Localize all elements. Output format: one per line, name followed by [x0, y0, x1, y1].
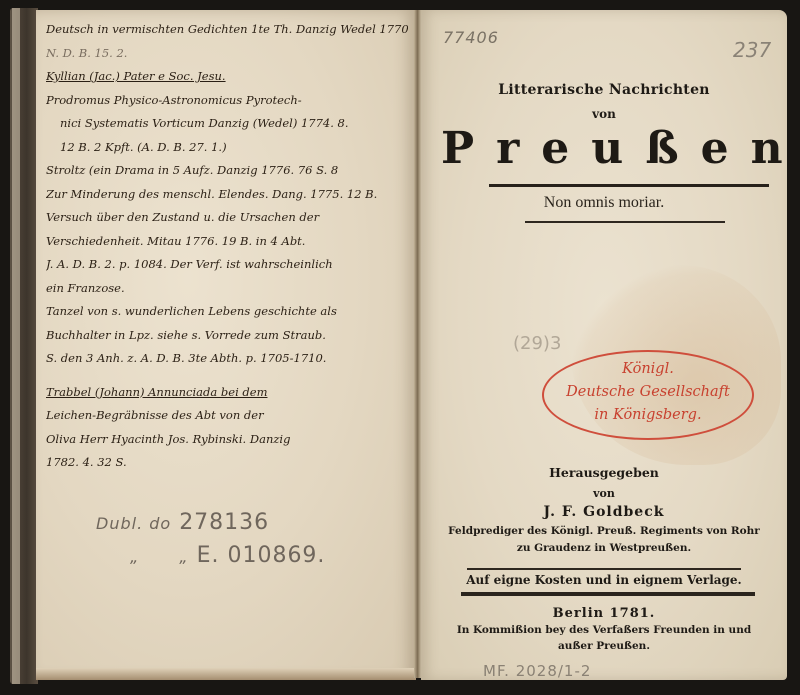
title-rule — [489, 184, 769, 187]
handwritten-line: 12 B. 2 Kpft. (A. D. B. 27. 1.) — [46, 136, 408, 160]
library-stamp: Königl. Deutsche Gesellschaft in Königsb… — [542, 350, 754, 440]
title-page: 77406 237 Litterarische Nachrichten von … — [421, 10, 787, 680]
pencil-note-number-2: E. 010869. — [197, 543, 326, 568]
double-rule — [461, 592, 755, 596]
left-page-endpaper: Deutsch in vermischten Gedichten 1te Th.… — [36, 10, 416, 680]
title-main: Preußen — [441, 122, 787, 176]
handwritten-line: Deutsch in vermischten Gedichten 1te Th.… — [46, 18, 408, 42]
editor-label: Herausgegeben — [421, 465, 787, 480]
handwritten-line: Prodromus Physico-Astronomicus Pyrotech- — [46, 89, 408, 113]
handwritten-line: Oliva Herr Hyacinth Jos. Rybinski. Danzi… — [46, 428, 408, 452]
handwritten-line: S. den 3 Anh. z. A. D. B. 3te Abth. p. 1… — [46, 347, 408, 371]
stamp-line-2: Deutsche Gesellschaft — [544, 381, 752, 404]
page-number: 237 — [733, 38, 771, 62]
commission-line-1: In Kommißion bey des Verfaßers Freunden … — [421, 624, 787, 636]
motto-rule — [525, 221, 725, 223]
handwritten-entry-heading: Kyllian (Jac.) Pater e Soc. Jesu. — [46, 65, 408, 89]
stamp-line-1: Königl. — [544, 358, 752, 381]
handwritten-bibliography: Deutsch in vermischten Gedichten 1te Th.… — [46, 18, 408, 475]
shelf-number: 77406 — [443, 28, 499, 47]
publisher-note: Auf eigne Kosten und in eignem Verlage. — [421, 573, 787, 587]
faded-pencil-number: (29)3 — [513, 333, 561, 354]
motto: Non omnis moriar. — [421, 194, 787, 212]
author-affiliation-1: Feldprediger des Königl. Preuß. Regiment… — [421, 525, 787, 537]
handwritten-line: nici Systematis Vorticum Danzig (Wedel) … — [46, 112, 408, 136]
handwritten-entry-heading: Stroltz (ein Drama in 5 Aufz. Danzig 177… — [46, 159, 408, 183]
ditto-mark: „ — [179, 547, 188, 566]
handwritten-line: J. A. D. B. 2. p. 1084. Der Verf. ist wa… — [46, 253, 408, 277]
book-scan: Deutsch in vermischten Gedichten 1te Th.… — [0, 0, 800, 695]
handwritten-line: Leichen-Begräbnisse des Abt von der — [46, 404, 408, 428]
cover-board-edge — [10, 8, 38, 684]
handwritten-line: N. D. B. 15. 2. — [46, 42, 408, 66]
handwritten-line: ein Franzose. — [46, 277, 408, 301]
handwritten-entry-heading: Trabbel (Johann) Annunciada bei dem — [46, 381, 408, 405]
editor-von: von — [421, 487, 787, 500]
ditto-mark: „ — [130, 547, 139, 566]
pencil-note-prefix: Dubl. do — [96, 514, 171, 533]
author-affiliation-2: zu Graudenz in Westpreußen. — [421, 542, 787, 554]
handwritten-entry-heading: Versuch über den Zustand u. die Ursachen… — [46, 206, 408, 230]
stamp-line-3: in Königsberg. — [544, 404, 752, 427]
commission-line-2: außer Preußen. — [421, 640, 787, 652]
handwritten-line: Zur Minderung des menschl. Elendes. Dang… — [46, 183, 408, 207]
title-von: von — [421, 107, 787, 121]
imprint-city-year: Berlin 1781. — [421, 606, 787, 621]
handwritten-line: Verschiedenheit. Mitau 1776. 19 B. in 4 … — [46, 230, 408, 254]
pencil-note-number-1: 278136 — [179, 510, 269, 535]
pencil-duplicate-note: Dubl. do 278136 „ „ E. 010869. — [96, 507, 325, 573]
author-name: J. F. Goldbeck — [421, 504, 787, 520]
handwritten-entry-heading: Tanzel von s. wunderlichen Lebens geschi… — [46, 300, 408, 324]
title-line-1: Litterarische Nachrichten — [421, 82, 787, 98]
divider-rule — [467, 568, 741, 570]
handwritten-line: Buchhalter in Lpz. siehe s. Vorrede zum … — [46, 324, 408, 348]
call-number: MF. 2028/1-2 — [483, 662, 591, 680]
handwritten-line: 1782. 4. 32 S. — [46, 451, 408, 475]
